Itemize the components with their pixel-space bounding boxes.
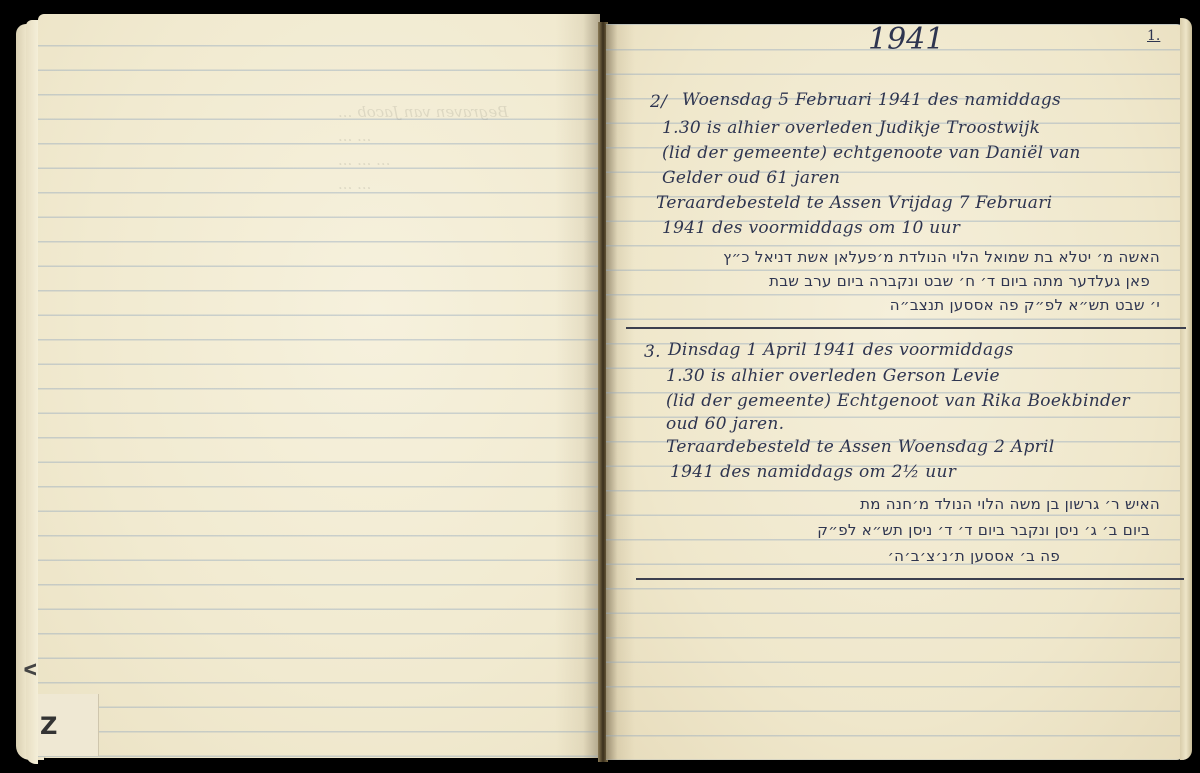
hebrew-line: האיש ר׳ גרשון בן משה הלוי הנולד מ׳חנה מת: [680, 495, 1160, 513]
year-heading: 1941: [868, 22, 944, 57]
entry-line: Gelder oud 61 jaren: [662, 168, 840, 188]
left-page: Begraven van Jacob ... ... ... ... ... .…: [38, 14, 600, 758]
hebrew-line: האשה מ׳ יטלא בת שמואל הלוי הנולדת מ׳פעלא…: [670, 248, 1160, 266]
entry-line: Dinsdag 1 April 1941 des voormiddags: [668, 340, 1014, 360]
page-number: 1.: [1147, 28, 1160, 44]
entry-line: 1941 des voormiddags om 10 uur: [662, 218, 960, 238]
entry-line: Teraardebesteld te Assen Vrijdag 7 Febru…: [656, 193, 1052, 213]
hebrew-line: ביום ב׳ ג׳ ניסן ונקבר ביום ד׳ ד׳ ניסן תש…: [650, 521, 1150, 539]
entry-line: Teraardebesteld te Assen Woensdag 2 Apri…: [666, 437, 1055, 457]
tab-letter: V: [21, 663, 40, 675]
entry-line: 1941 des namiddags om 2½ uur: [670, 462, 956, 482]
entry-line: (lid der gemeente) echtgenoote van Danië…: [662, 143, 1081, 163]
bleed-through-line: Begraven van Jacob ...: [338, 100, 508, 125]
index-tab-z: Z: [38, 694, 99, 756]
bleed-through-line: ... ...: [338, 124, 371, 149]
entry-line: 1.30 is alhier overleden Gerson Levie: [666, 366, 1000, 386]
bleed-through-line: ... ... ...: [338, 148, 390, 173]
entry-line: oud 60 jaren.: [666, 414, 784, 434]
index-tab-v: V: [21, 663, 40, 675]
entry-line: (lid der gemeente) Echtgenoot van Rika B…: [666, 391, 1130, 411]
bleed-through-line: ... ...: [338, 172, 371, 197]
right-page-edges: [1180, 18, 1192, 760]
entry-divider: [636, 578, 1184, 580]
hebrew-line: י׳ שבט תש״א לפ״ק פה אססען תנצב״ה: [690, 296, 1160, 314]
hebrew-line: פאן געלדער מתה ביום ד׳ ח׳ שבט ונקברה ביו…: [660, 272, 1150, 290]
entry-number: 2/: [650, 92, 667, 112]
entry-divider: [626, 327, 1186, 329]
ruled-lines: [38, 14, 600, 758]
hebrew-line: פה ב׳ אססען ת׳נ׳צ׳ב׳ה׳: [680, 547, 1060, 565]
left-page-edge-inner: [26, 20, 38, 764]
tab-letter: Z: [40, 712, 57, 740]
entry-line: Woensdag 5 Februari 1941 des namiddags: [682, 90, 1061, 110]
entry-number: 3.: [644, 342, 661, 362]
open-register-book: Begraven van Jacob ... ... ... ... ... .…: [0, 0, 1200, 773]
entry-line: 1.30 is alhier overleden Judikje Troostw…: [662, 118, 1040, 138]
